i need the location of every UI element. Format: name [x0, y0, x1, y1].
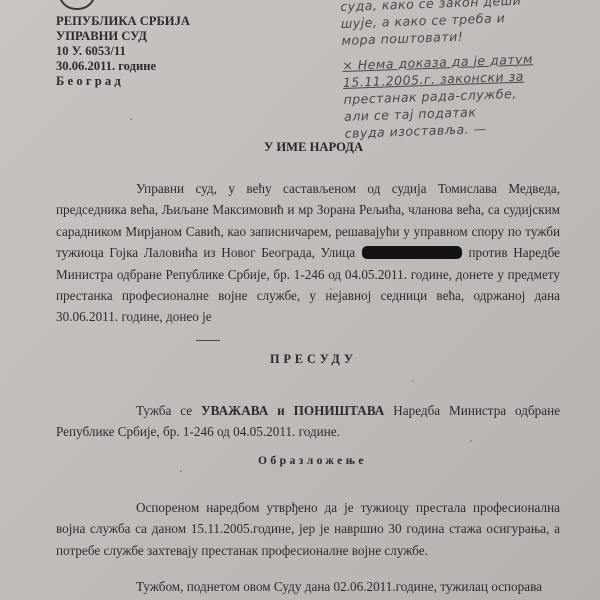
reasoning-text-1: Оспореном наредбом утврђено да је тужиоц…: [56, 500, 560, 558]
header-case-number: 10 У. 6053/11: [56, 44, 190, 59]
header-country: РЕПУБЛИКА СРБИЈА: [56, 14, 190, 29]
verdict-annulled: ПОНИШТАВА: [294, 403, 385, 418]
header-court: УПРАВНИ СУД: [56, 29, 190, 44]
verdict-paragraph: Тужба се УВАЖАВА и ПОНИШТАВА Наредба Мин…: [56, 400, 560, 443]
reasoning-heading: Образложење: [258, 454, 367, 467]
verdict-upheld: УВАЖАВА: [201, 403, 268, 418]
document-title: У ИМЕ НАРОДА: [264, 140, 363, 155]
reasoning-paragraph-2: Тужбом, поднетом овом Суду дана 02.06.20…: [56, 576, 560, 597]
header-date: 30.06.2011. године: [56, 59, 190, 74]
intro-paragraph: Управни суд, у већу састављеном од судиј…: [56, 178, 560, 328]
verdict-text: Тужба се: [136, 403, 192, 418]
separator-mark: [196, 340, 220, 341]
document-header: РЕПУБЛИКА СРБИЈА УПРАВНИ СУД 10 У. 6053/…: [56, 14, 190, 89]
coat-of-arms-icon: [58, 0, 96, 10]
verdict-and: и: [277, 403, 285, 418]
verdict-heading: ПРЕСУДУ: [270, 352, 357, 367]
reasoning-paragraph-1: Оспореном наредбом утврђено да је тужиоц…: [56, 497, 560, 561]
redaction-bar: [362, 246, 462, 259]
handwritten-note: суда, како се закон деши шује, а како се…: [340, 0, 600, 142]
document-page: РЕПУБЛИКА СРБИЈА УПРАВНИ СУД 10 У. 6053/…: [0, 0, 600, 600]
reasoning-text-2: Тужбом, поднетом овом Суду дана 02.06.20…: [136, 579, 542, 594]
header-city: Београд: [56, 74, 190, 89]
